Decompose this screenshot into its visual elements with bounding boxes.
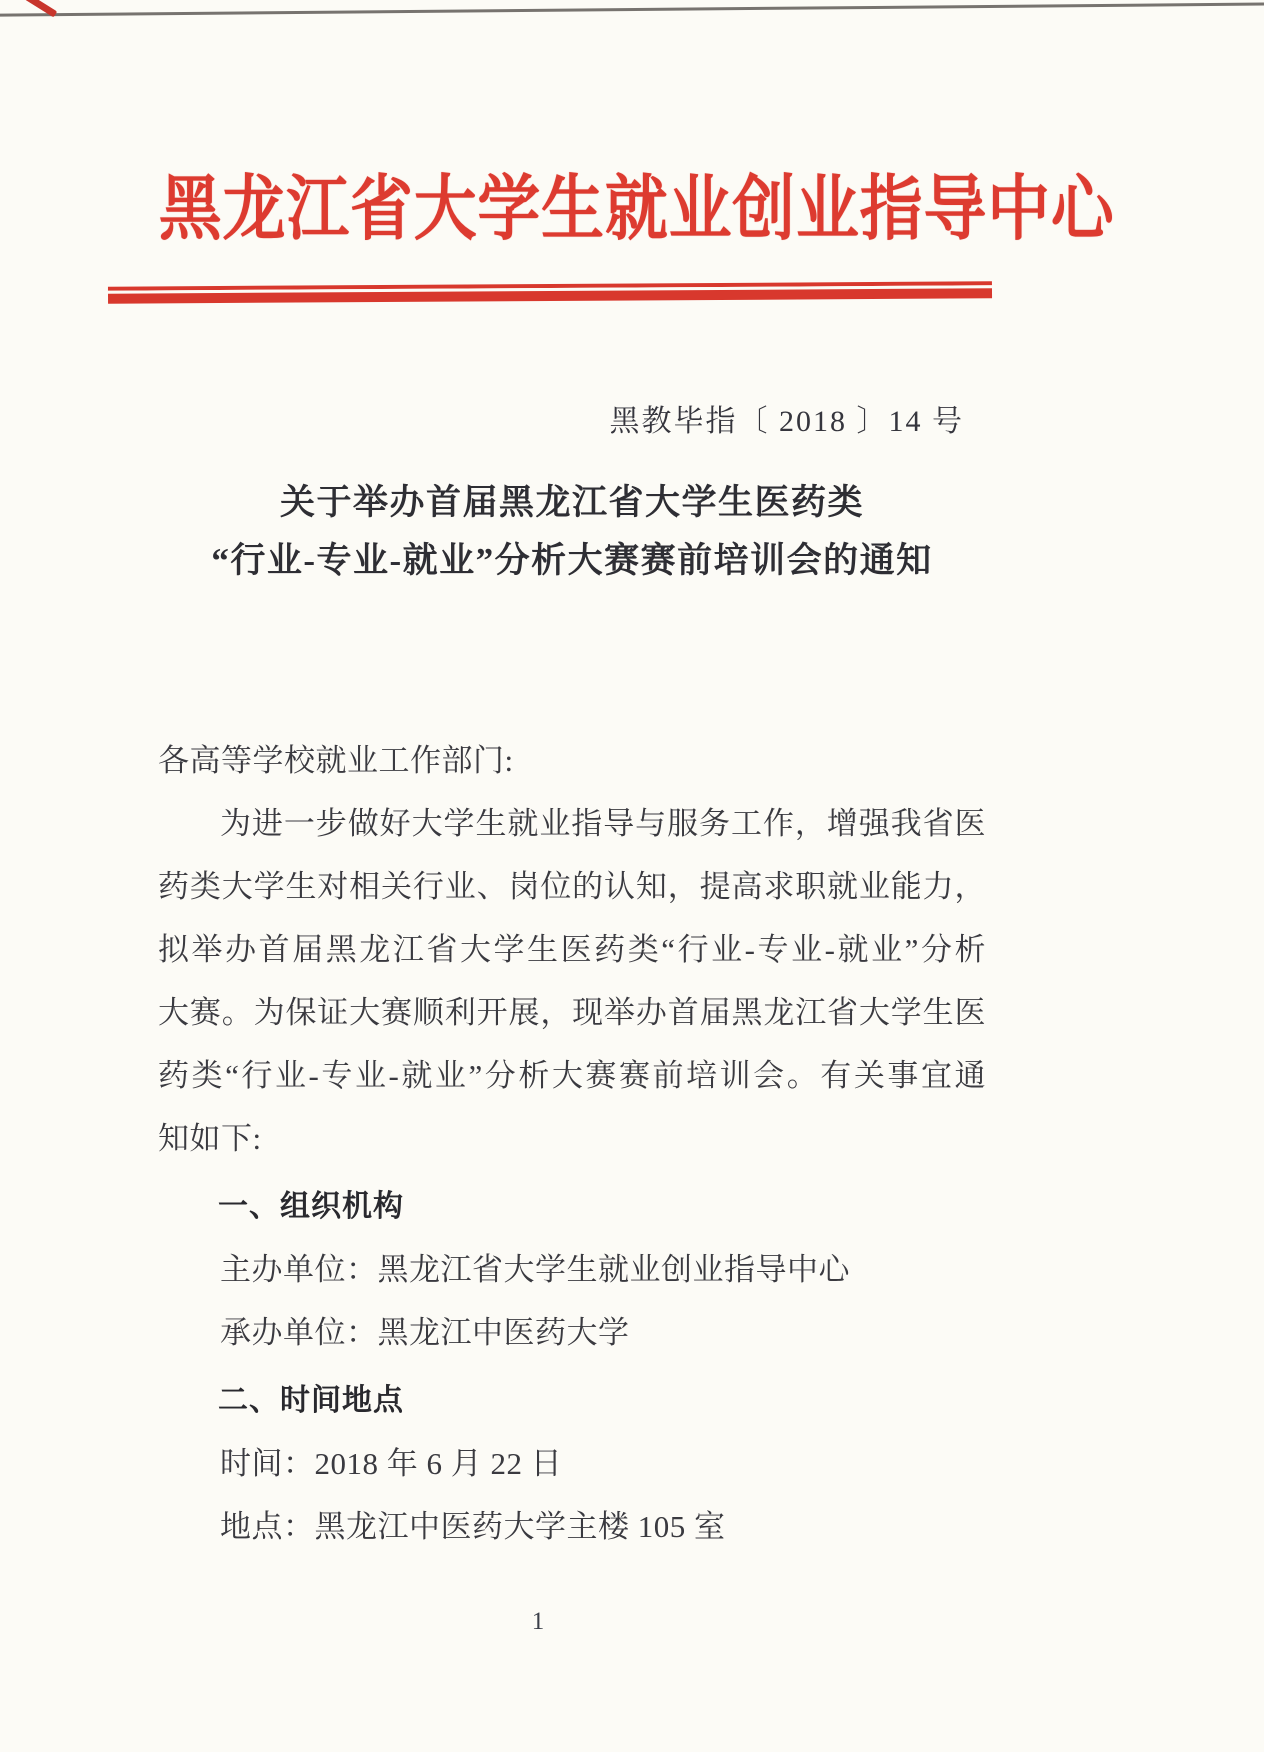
title-line-1: 关于举办首届黑龙江省大学生医药类 <box>158 474 986 532</box>
scanner-edge-line <box>0 2 1264 16</box>
section-1-item-host: 主办单位：黑龙江省大学生就业创业指导中心 <box>158 1238 986 1301</box>
title-line-2: “行业-专业-就业”分析大赛赛前培训会的通知 <box>158 532 986 590</box>
paragraph-line: 药类大学生对相关行业、岗位的认知，提高求职就业能力， <box>158 855 986 918</box>
paragraph-line: 拟举办首届黑龙江省大学生医药类“行业-专业-就业”分析 <box>158 918 986 981</box>
section-2-heading: 二、时间地点 <box>158 1369 986 1432</box>
page-number: 1 <box>508 1608 568 1636</box>
document-title: 关于举办首届黑龙江省大学生医药类 “行业-专业-就业”分析大赛赛前培训会的通知 <box>158 474 986 590</box>
body-text: 各高等学校就业工作部门: 为进一步做好大学生就业指导与服务工作，增强我省医 药类… <box>158 729 986 1558</box>
salutation: 各高等学校就业工作部门: <box>158 729 986 792</box>
paragraph-line: 为进一步做好大学生就业指导与服务工作，增强我省医 <box>158 792 986 855</box>
section-1-item-organizer: 承办单位：黑龙江中医药大学 <box>158 1301 986 1364</box>
paragraph-line: 知如下: <box>158 1107 986 1170</box>
doc-number: 黑教毕指〔 2018 〕14 号 <box>610 396 965 440</box>
section-2-item-time: 时间：2018 年 6 月 22 日 <box>158 1432 986 1495</box>
scanned-document-page: 黑龙江省大学生就业创业指导中心 黑教毕指〔 2018 〕14 号 关于举办首届黑… <box>0 0 1264 1752</box>
red-divider-rule <box>108 281 992 303</box>
section-1-heading: 一、组织机构 <box>158 1175 986 1238</box>
org-name-header: 黑龙江省大学生就业创业指导中心 <box>159 152 941 254</box>
paragraph-line: 大赛。为保证大赛顺利开展，现举办首届黑龙江省大学生医 <box>158 981 986 1044</box>
paragraph-line: 药类“行业-专业-就业”分析大赛赛前培训会。有关事宜通 <box>158 1044 986 1107</box>
doc-number-row: 黑教毕指〔 2018 〕14 号 <box>158 396 986 440</box>
section-2-item-location: 地点：黑龙江中医药大学主楼 105 室 <box>158 1495 986 1558</box>
